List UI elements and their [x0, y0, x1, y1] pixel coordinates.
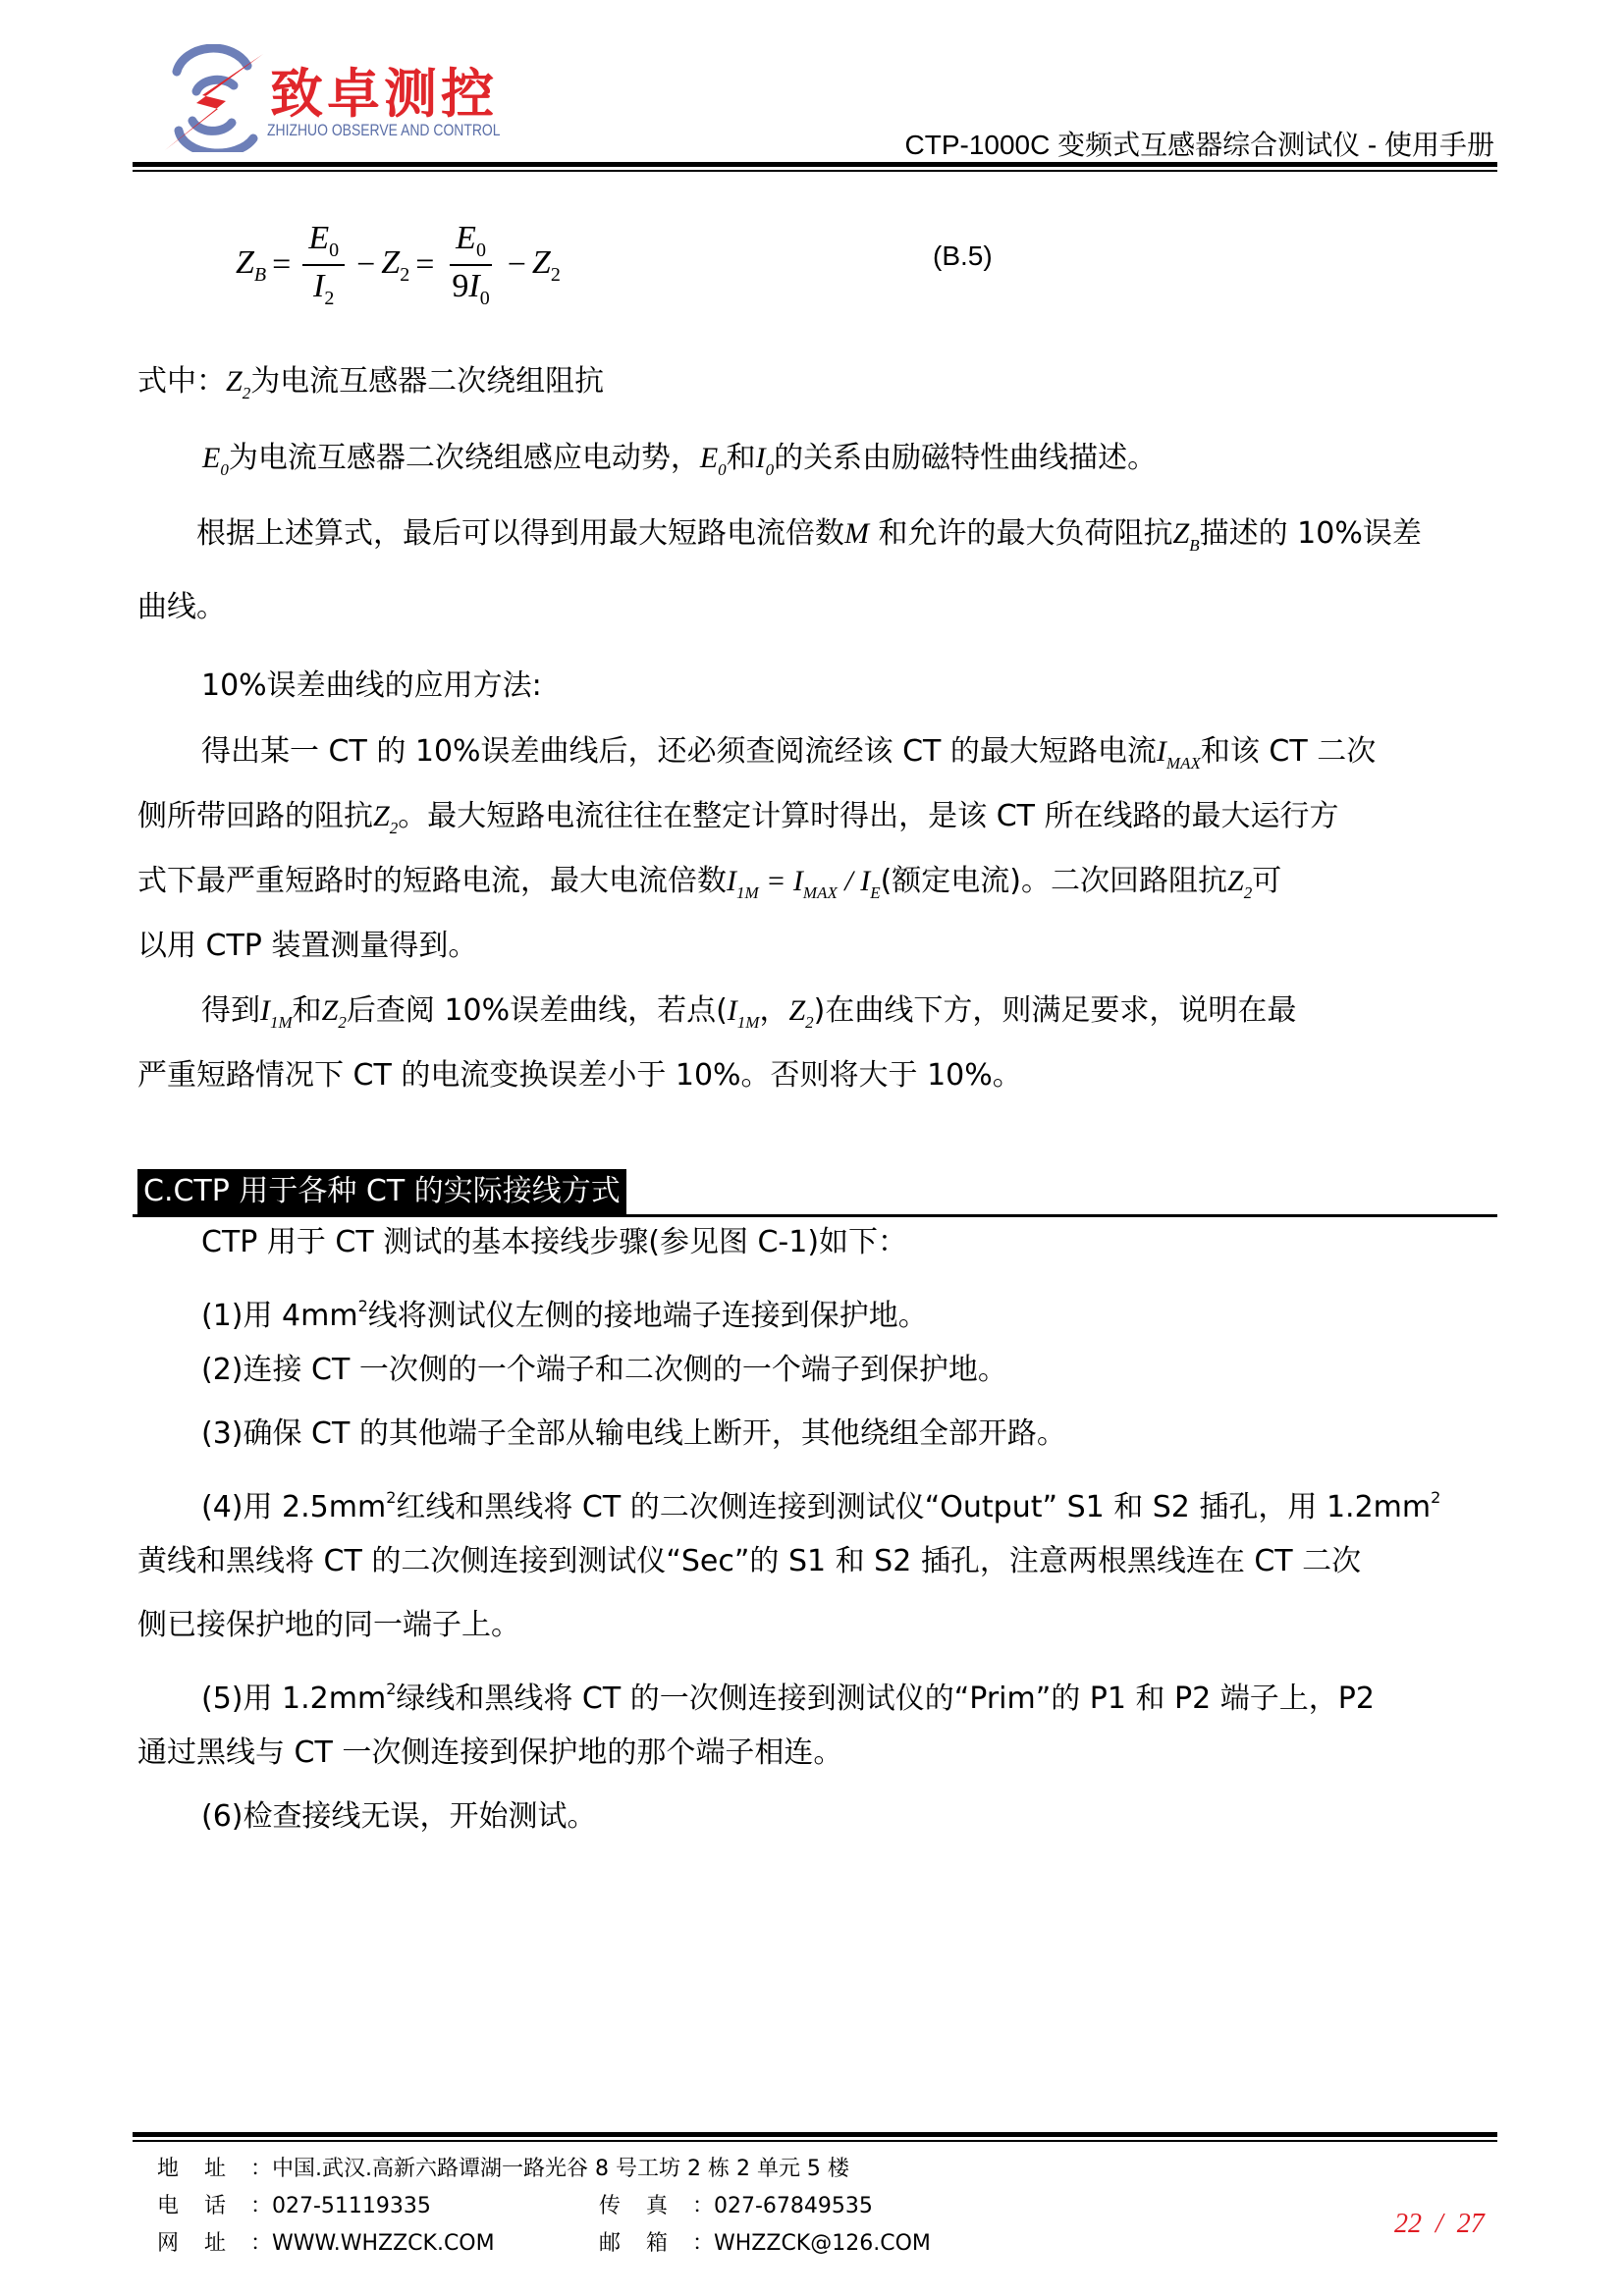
fraction-e0-over-9i0: E0 9I0 — [446, 220, 495, 310]
logo-english-name: ZHIZHUO OBSERVE AND CONTROL — [267, 121, 501, 140]
step-3: (3)确保 CT 的其他端子全部从输电线上断开，其他绕组全部开路。 — [201, 1401, 1566, 1468]
paragraph-criterion-line2: 严重短路情况下 CT 的电流变换误差小于 10%。否则将大于 10%。 — [137, 1042, 1502, 1109]
logo-emblem-icon — [157, 44, 265, 152]
paragraph-e0-definition: E0为电流互感器二次绕组感应电动势，E0和I0的关系由励磁特性曲线描述。 — [137, 425, 1567, 504]
paragraph-application-line4: 以用 CTP 装置测量得到。 — [137, 913, 1502, 980]
step-6: (6)检查接线无误，开始测试。 — [201, 1784, 1566, 1850]
equation-number: (B.5) — [933, 240, 993, 272]
step-2: (2)连接 CT 一次侧的一个端子和二次侧的一个端子到保护地。 — [201, 1337, 1566, 1404]
header-rule-thin — [133, 170, 1497, 172]
logo-chinese-name: 致卓测控 — [270, 52, 498, 128]
footer-rule-thick — [133, 2132, 1497, 2137]
footer-fax: 传真：027-67849535 — [599, 2189, 873, 2219]
paragraph-z2-definition: 式中：Z2为电流互感器二次绕组阻抗 — [137, 348, 1502, 427]
section-c-intro: CTP 用于 CT 测试的基本接线步骤(参见图 C-1)如下： — [201, 1209, 1566, 1276]
footer-email: 邮箱：WHZZCK@126.COM — [599, 2226, 931, 2257]
step-4-line3: 侧已接保护地的同一端子上。 — [137, 1592, 1502, 1659]
footer-rule-thin — [133, 2140, 1497, 2142]
footer-phone: 电话：027-51119335 — [157, 2189, 431, 2219]
step-5-line2: 通过黑线与 CT 一次侧连接到保护地的那个端子相连。 — [137, 1720, 1502, 1787]
footer-address: 地址：中国.武汉.高新六路谭湖一路光谷 8 号工坊 2 栋 2 单元 5 楼 — [157, 2152, 849, 2182]
equation-b5: ZB = E0 I2 − Z2 = E0 9I0 − Z2 — [236, 211, 561, 319]
footer-website: 网址：WWW.WHZZCK.COM — [157, 2226, 495, 2257]
page-number: 22 / 27 — [1394, 2209, 1485, 2240]
header-rule-thick — [133, 162, 1497, 167]
document-title: CTP-1000C 变频式互感器综合测试仪 - 使用手册 — [905, 124, 1495, 163]
step-4-line2: 黄线和黑线将 CT 的二次侧连接到测试仪“Sec”的 S1 和 S2 插孔，注意… — [137, 1528, 1502, 1595]
subheading-application-method: 10%误差曲线的应用方法: — [201, 653, 1566, 720]
fraction-e0-over-i2: E0 I2 — [302, 220, 345, 310]
paragraph-conclusion-line1: 根据上述算式，最后可以得到用最大短路电流倍数M 和允许的最大负荷阻抗ZB描述的 … — [196, 501, 1561, 579]
paragraph-conclusion-line2: 曲线。 — [137, 574, 1502, 641]
company-logo: 致卓测控 ZHIZHUO OBSERVE AND CONTROL — [157, 44, 530, 152]
section-c-heading: C.CTP 用于各种 CT 的实际接线方式 — [137, 1169, 626, 1214]
